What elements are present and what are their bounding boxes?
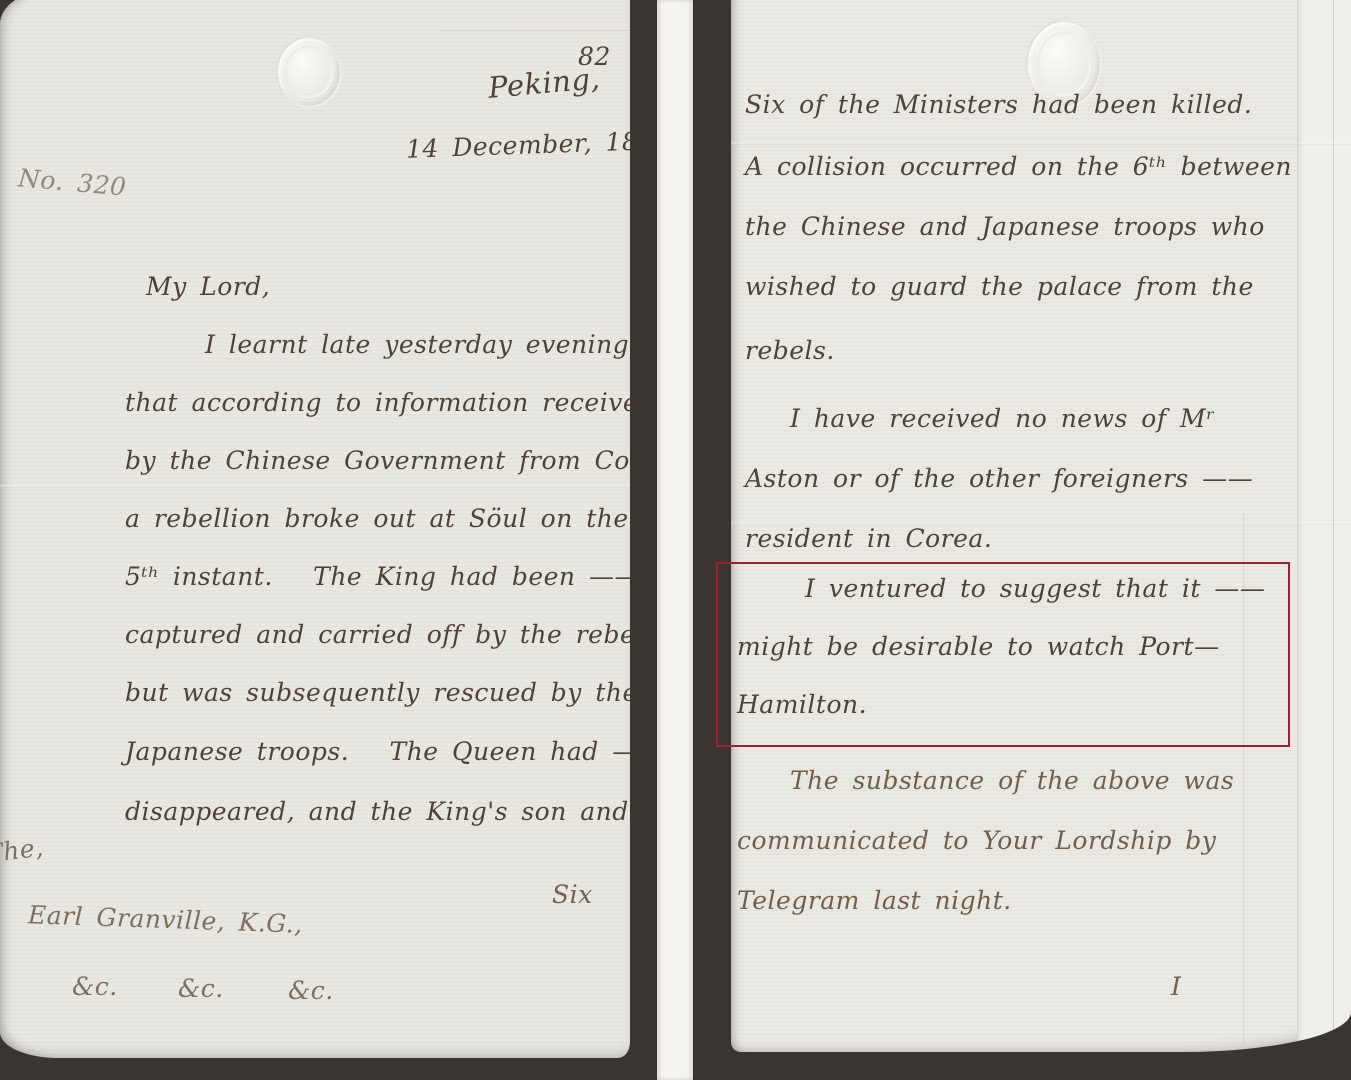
- letter-page-right: Six of the Ministers had been killed. A …: [731, 0, 1351, 1052]
- handwritten-line: rebels.: [745, 336, 835, 365]
- paper-crease: [731, 142, 1351, 145]
- handwritten-line: but was subsequently rescued by the: [125, 678, 630, 707]
- etc-mark: &c.: [72, 972, 118, 1001]
- handwritten-line: 5ᵗʰ instant. The King had been ——: [125, 562, 630, 591]
- handwritten-line: disappeared, and the King's son and: [125, 797, 629, 826]
- handwritten-line: by the Chinese Government from Corea,: [125, 446, 630, 475]
- handwritten-line: Japanese troops. The Queen had ——: [125, 737, 630, 766]
- under-page-edge: [1297, 0, 1351, 1052]
- handwritten-line: A collision occurred on the 6ᵗʰ between: [745, 152, 1292, 181]
- etc-mark: &c.: [288, 976, 334, 1005]
- fold-line: [1333, 0, 1334, 1052]
- handwritten-line: Telegram last night.: [737, 886, 1012, 915]
- handwritten-line: a rebellion broke out at Söul on the: [125, 504, 629, 533]
- handwritten-line: The substance of the above was: [790, 766, 1234, 795]
- addressee-line: Earl Granville, K.G.,: [28, 900, 304, 939]
- letter-page-left: 82 Peking, 14 December, 1884. No. 320 My…: [0, 0, 630, 1058]
- handwritten-line: I have received no news of Mʳ: [790, 404, 1215, 433]
- catchword: I: [1171, 972, 1181, 1001]
- handwritten-line: that according to information received: [125, 388, 630, 417]
- handwritten-line: I learnt late yesterday evening: [205, 330, 629, 359]
- etc-mark: &c.: [178, 974, 224, 1003]
- embossed-crest-icon: [278, 38, 340, 106]
- doc-number: No. 320: [17, 163, 128, 201]
- page-gutter: [657, 0, 693, 1080]
- handwritten-line: captured and carried off by the rebels,: [125, 620, 630, 649]
- paper-edge: [440, 30, 630, 31]
- handwritten-line: communicated to Your Lordship by: [737, 826, 1216, 855]
- paper-crease: [0, 485, 630, 488]
- date-line: 14 December, 1884.: [406, 125, 630, 164]
- handwritten-line: Aston or of the other foreigners ——: [745, 464, 1253, 493]
- scanned-letter-spread: 82 Peking, 14 December, 1884. No. 320 My…: [0, 0, 1351, 1080]
- handwritten-line: Six of the Ministers had been killed.: [745, 90, 1252, 119]
- handwritten-line: the Chinese and Japanese troops who: [745, 212, 1265, 241]
- place-line: Peking,: [487, 61, 602, 105]
- handwritten-line: resident in Corea.: [745, 524, 992, 553]
- highlight-box: [716, 562, 1290, 747]
- salutation: My Lord,: [146, 272, 270, 301]
- addressee-prefix: The,: [0, 833, 45, 869]
- catchword: Six: [552, 880, 593, 909]
- handwritten-line: wished to guard the palace from the: [745, 272, 1254, 301]
